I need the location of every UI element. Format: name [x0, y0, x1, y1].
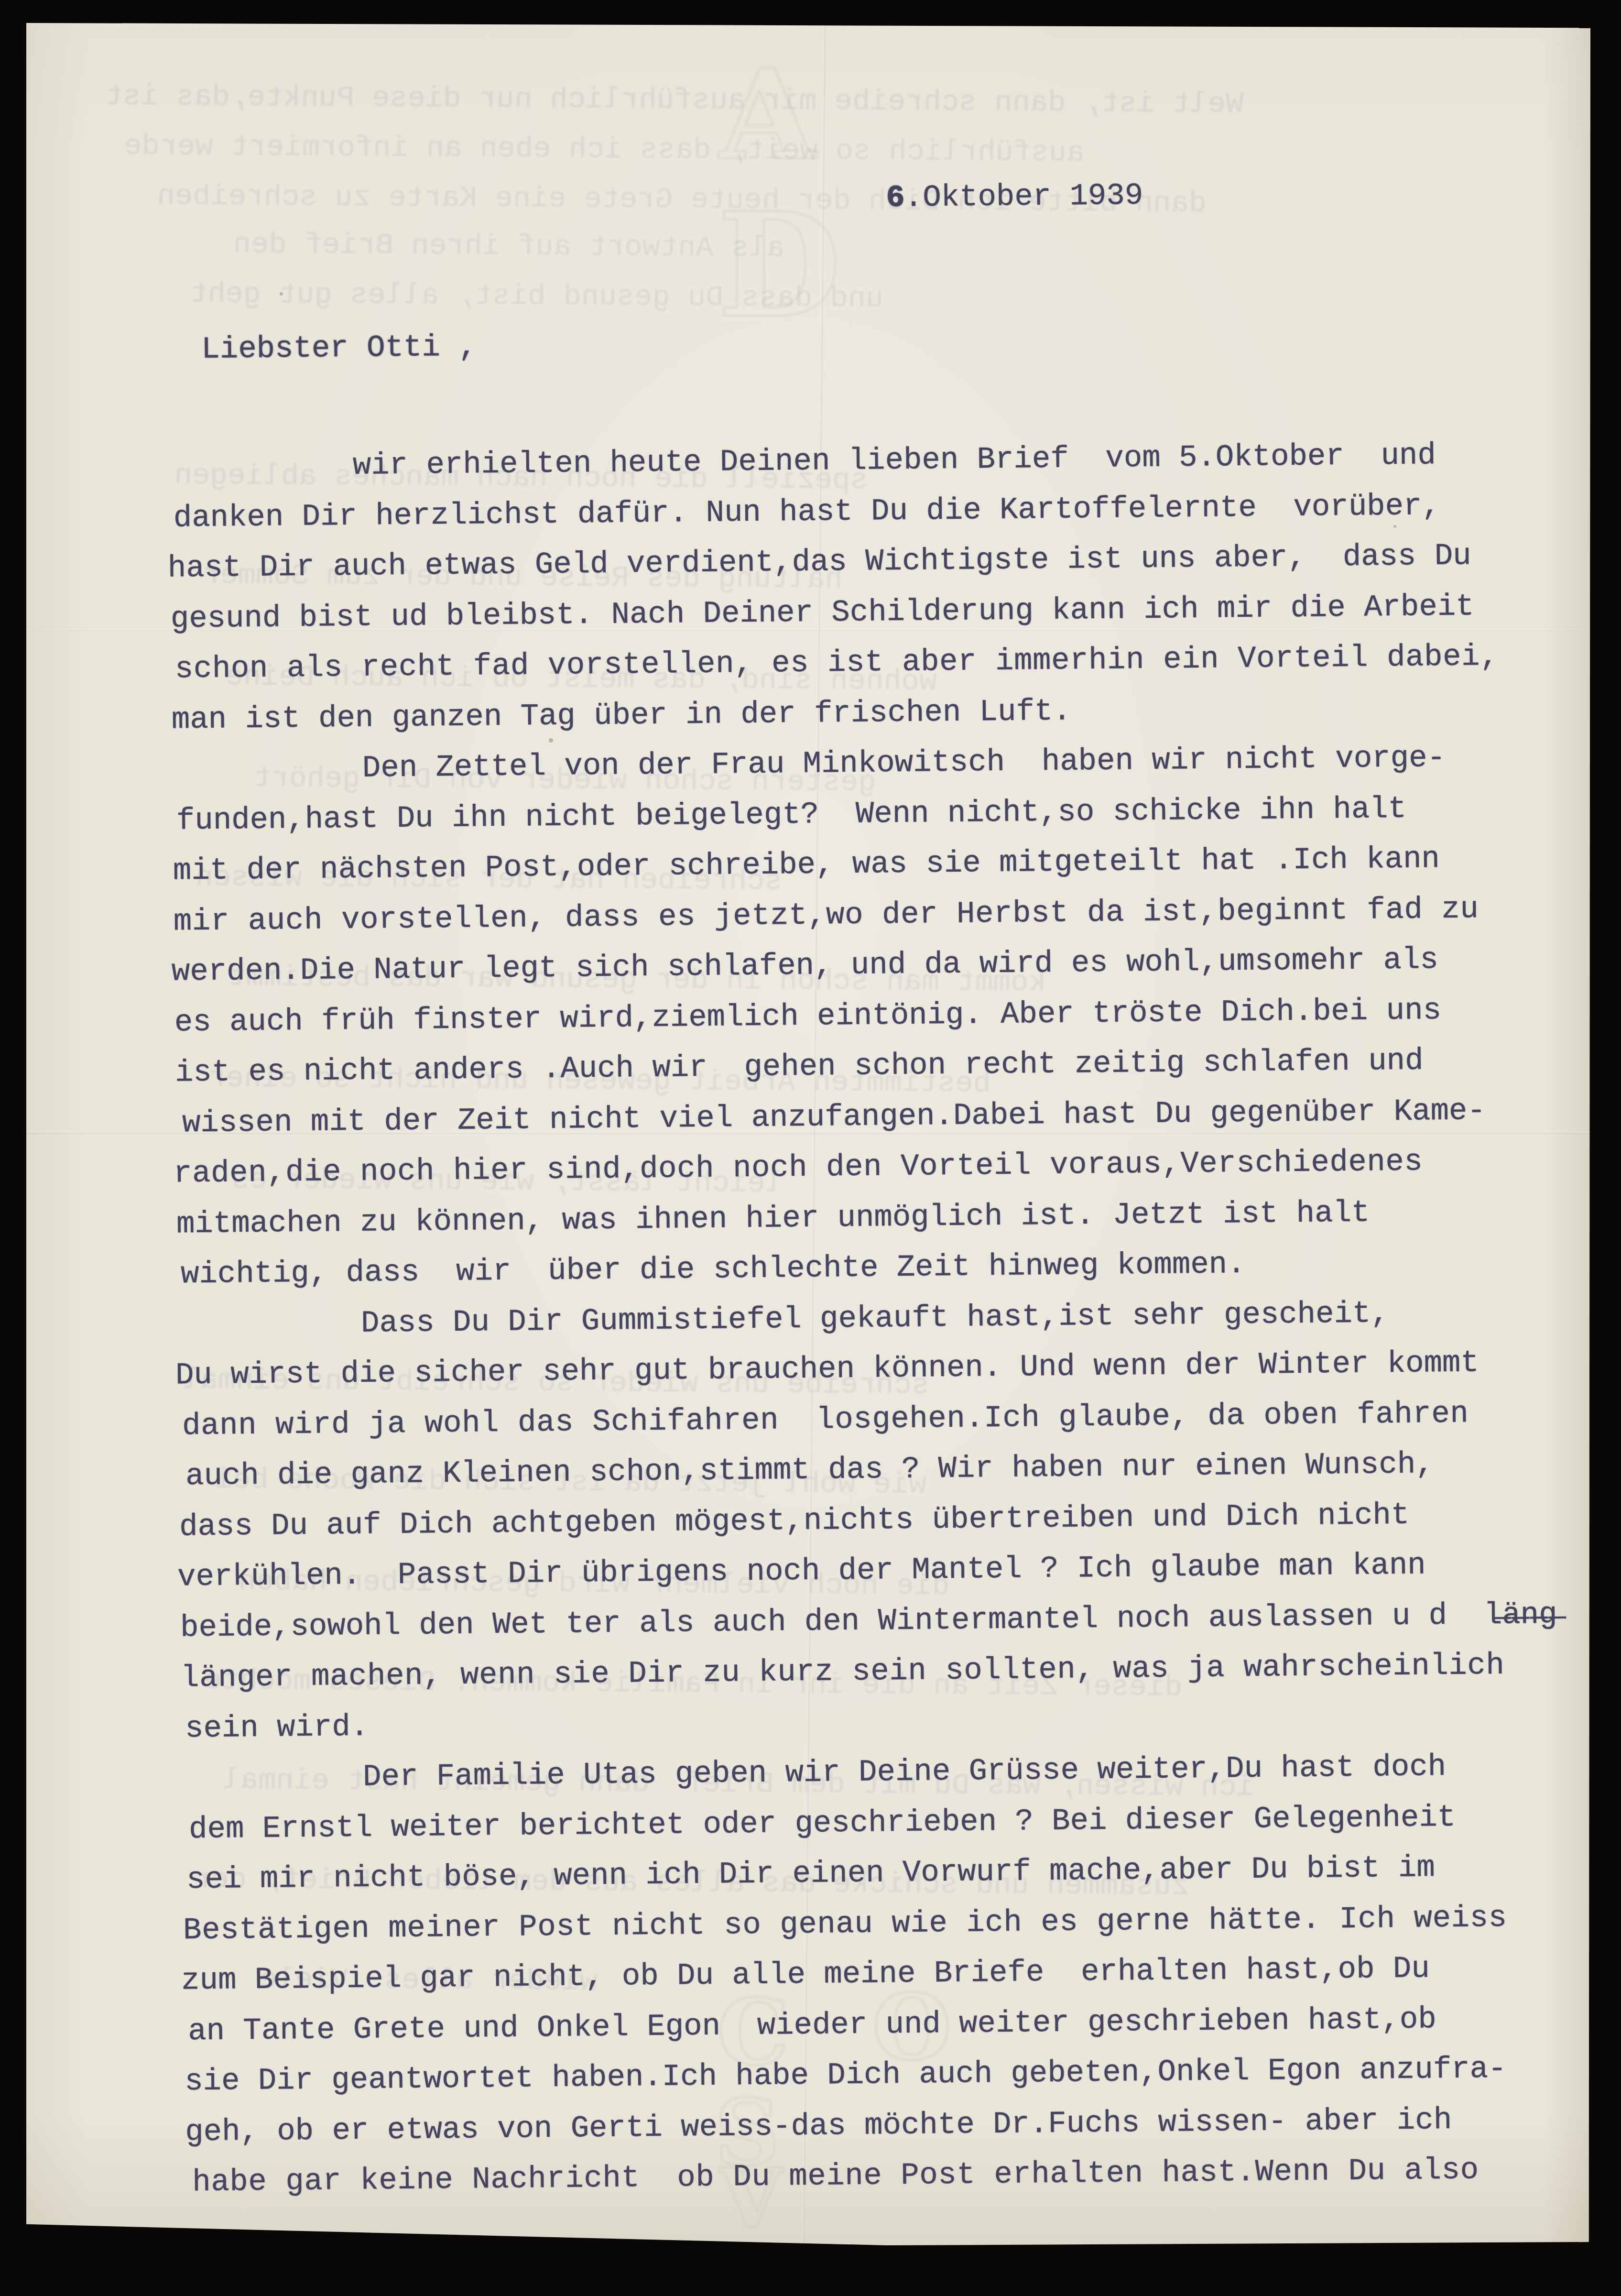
date-day: 6: [886, 181, 904, 216]
paper-speck: [1393, 525, 1396, 528]
date-rest: .Oktober 1939: [904, 179, 1143, 216]
typed-content: 6.Oktober 1939 Liebster Otti , wir erhie…: [17, 12, 1602, 2250]
date-line: 6.Oktober 1939: [886, 175, 1143, 220]
letter-page: ADCOSV Welt ist, dann schreibe mir ausfü…: [26, 23, 1590, 2245]
letter-body: wir erhielten heute Deinen lieben Brief …: [169, 430, 1563, 2209]
paper-speck: [549, 738, 553, 743]
salutation: Liebster Otti ,: [201, 323, 477, 374]
paper-speck: [280, 292, 283, 295]
scan-background: { "letter": { "date_day": "6", "date_res…: [0, 0, 1621, 2296]
